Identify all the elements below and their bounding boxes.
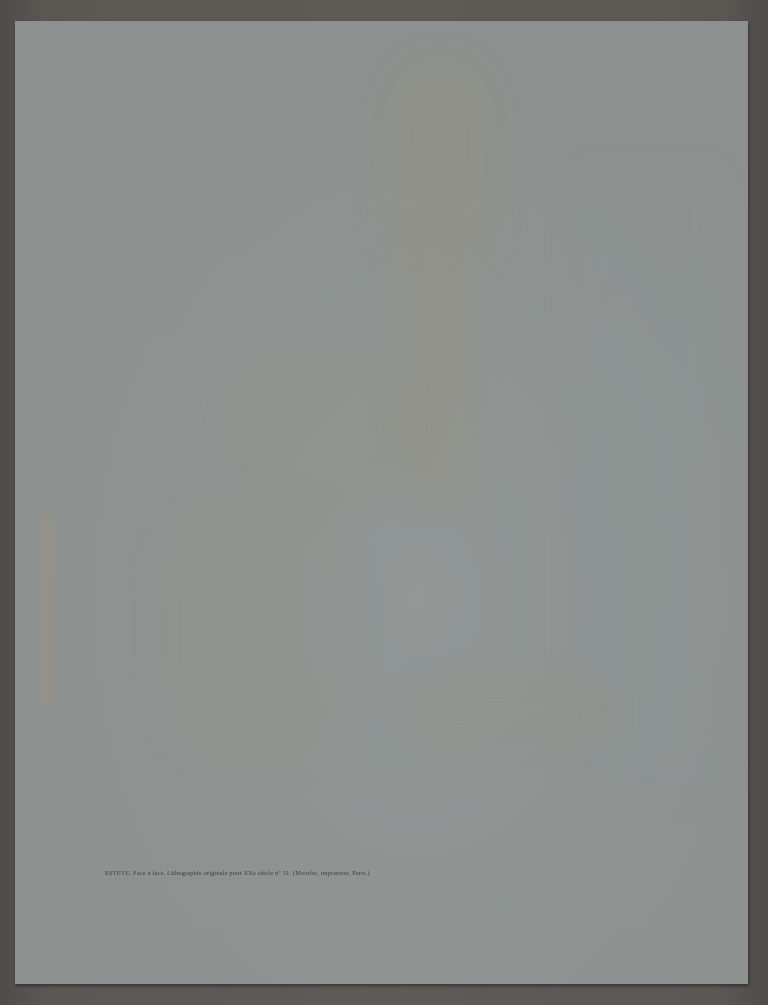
show-through-shape [230,351,410,511]
show-through-figure [155,491,355,771]
paper-sheet [15,21,748,984]
show-through-shape [415,681,605,741]
show-through-figure-body [395,241,475,501]
paper-stain [43,511,51,711]
caption-text: ESTEVE. Face à face. Lithographie origin… [105,870,645,877]
show-through-figure-head [385,61,495,261]
